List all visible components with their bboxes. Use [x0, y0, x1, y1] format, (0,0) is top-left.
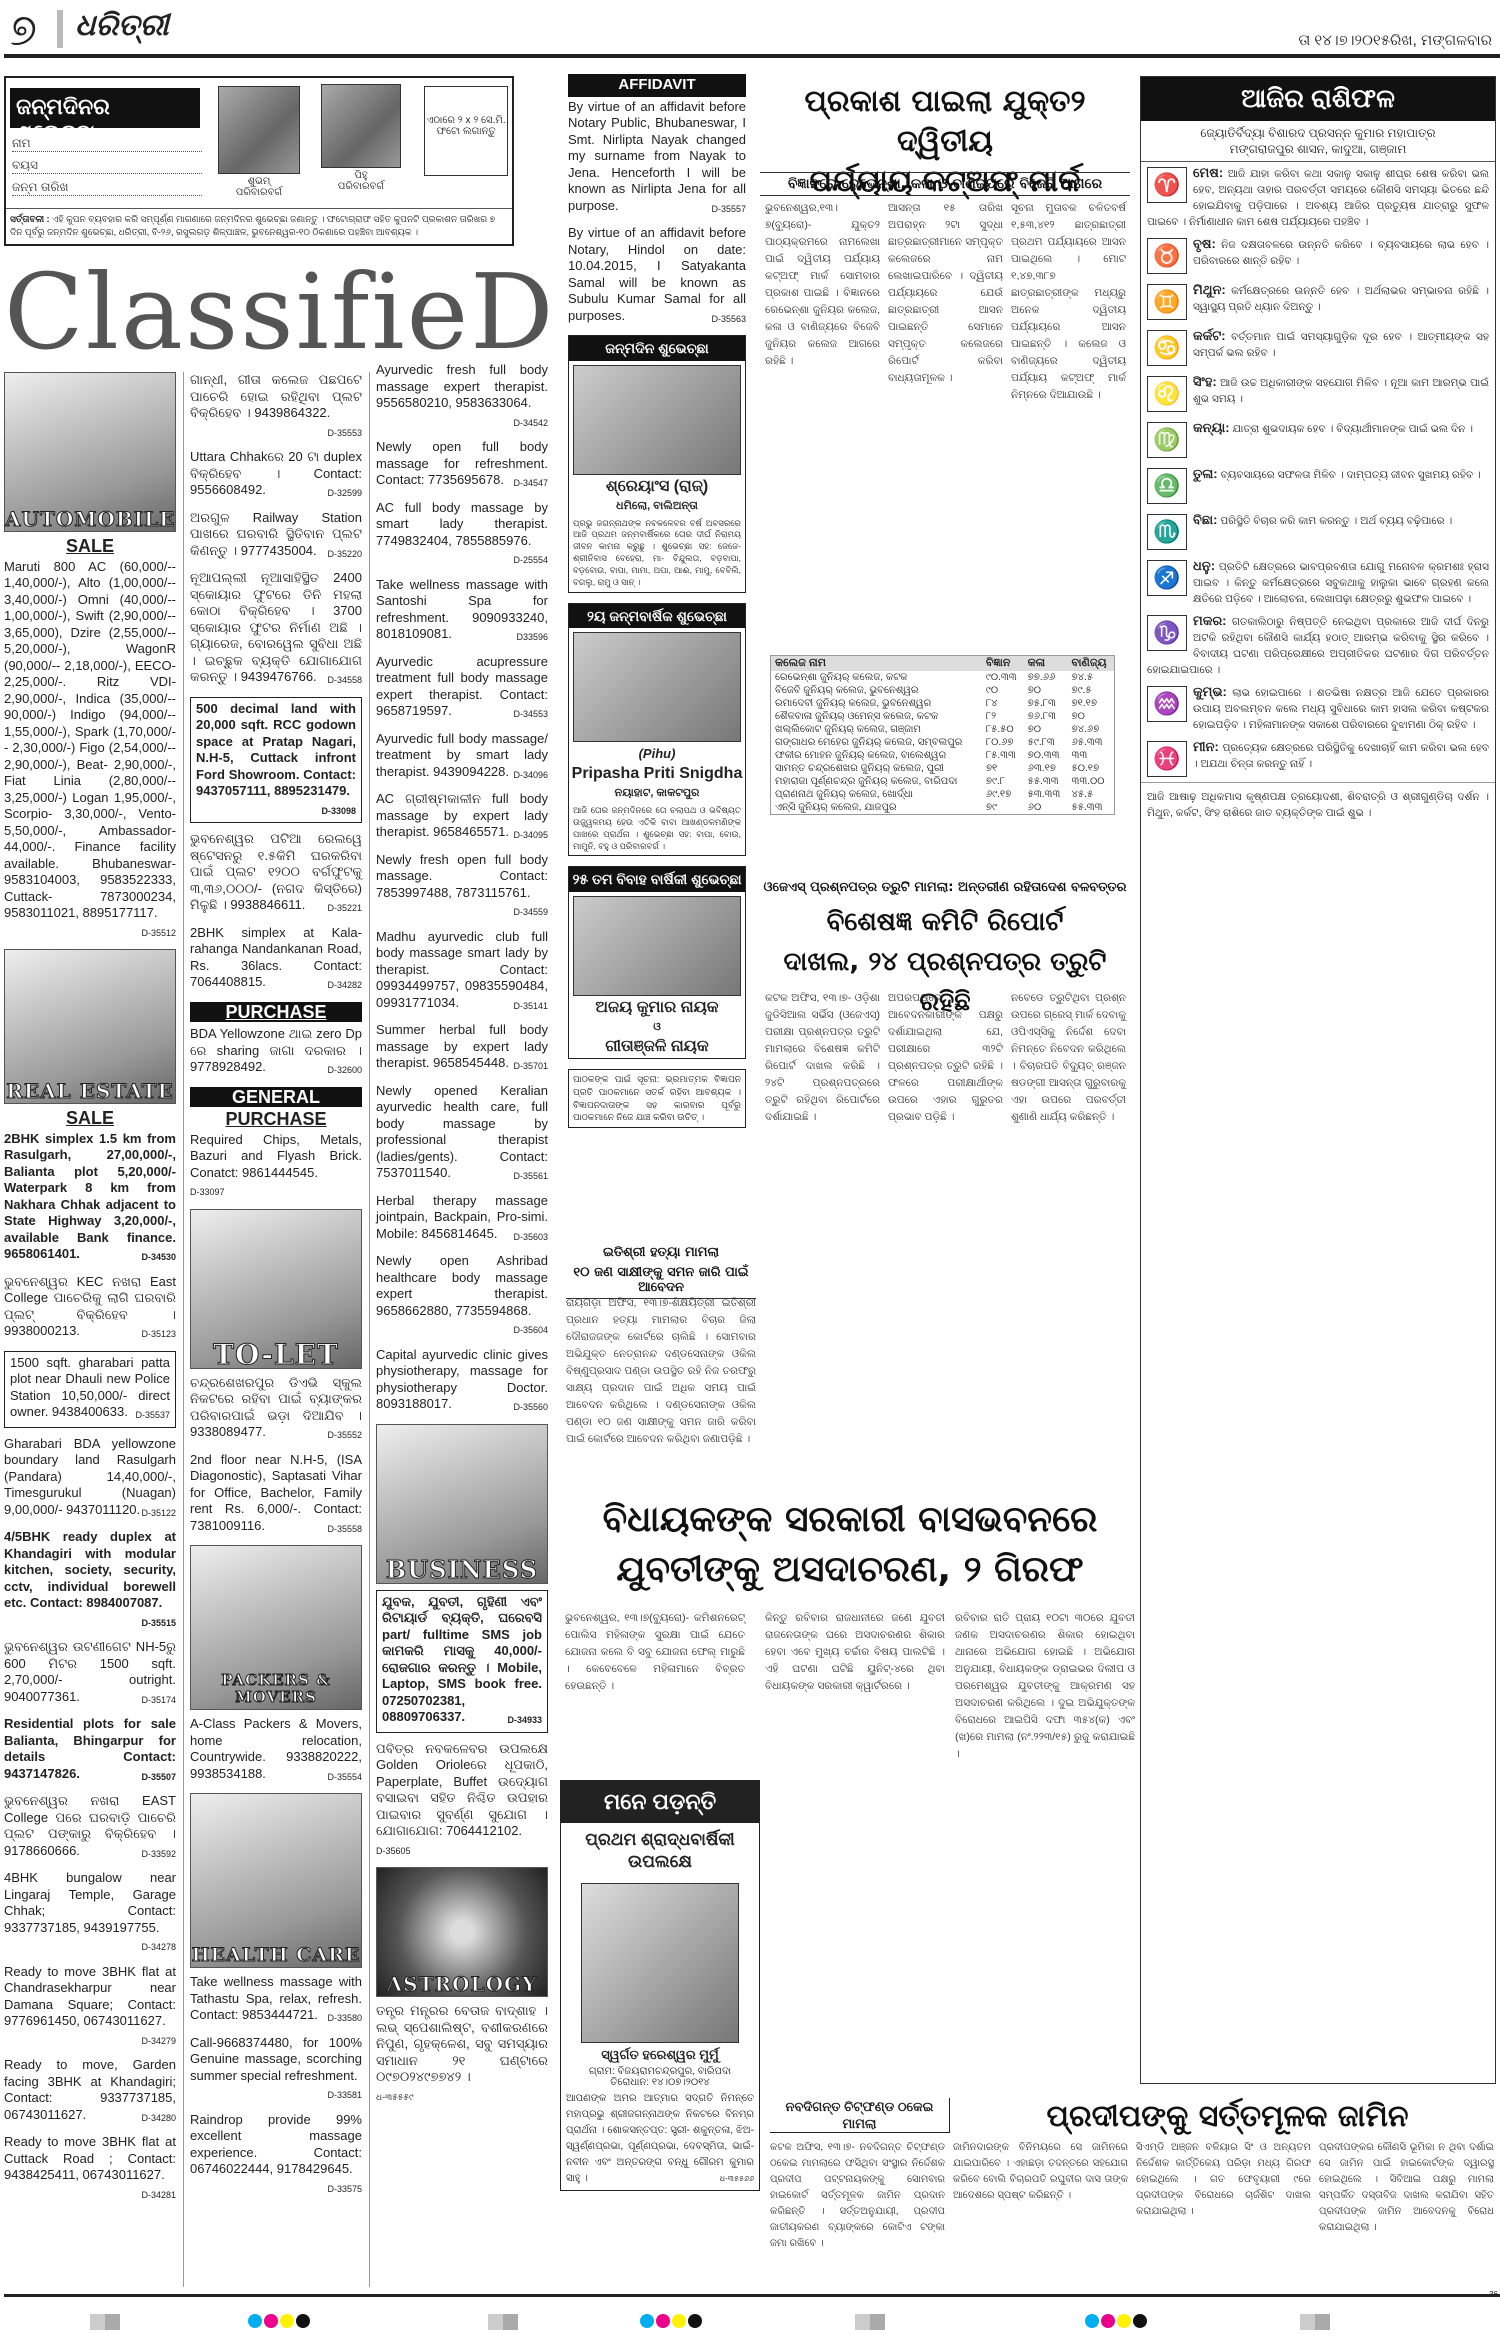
name-field[interactable]: ନାମ — [12, 136, 202, 152]
ad-code: D-35603 — [513, 1229, 548, 1246]
ad-code: D-34096 — [513, 767, 548, 784]
coupon-title: ଜନ୍ମଦିନର ଶୁଭେଚ୍ଛା — [10, 88, 200, 128]
classified-ad: By virtue of an affidavit before Notary,… — [568, 225, 746, 327]
ad-code: D-35141 — [513, 998, 548, 1015]
classified-ad: ଅରଗୁଳ Railway Station ପାଖରେ ଘରବାରି ସ୍ଥିତ… — [190, 510, 362, 563]
ad-code: D-35561 — [513, 1168, 548, 1185]
ad-code: D-35563 — [711, 311, 746, 328]
ad-code: D-33581 — [327, 2087, 362, 2104]
ad-code: D-35701 — [513, 1058, 548, 1075]
lead-article-col1: ଭୁବନେଶ୍ୱର,୧୩।୭(ବ୍ୟୁରୋ)- ଯୁକ୍ତ୨ ପାଠ୍ୟକ୍ରମ… — [765, 200, 880, 370]
ojs-kicker: ଓଜେଏସ୍ ପ୍ରଶ୍ନପତ୍ର ତ୍ରୁଟି ମାମଲା: ଅନ୍ତରୀଣ … — [760, 880, 1130, 895]
column-divider — [369, 372, 370, 2287]
pradip-article-col2: ଜାମିନଦାରଙ୍କ ବିନିମୟରେ ସେ ଜାମିନରେ ଯାଇପାରିବ… — [953, 2140, 1128, 2204]
horoscope-sign: ♊ମିଥୁନ: କର୍ମକ୍ଷେତ୍ରରେ ଉନ୍ନତି ହେବ । ଅର୍ଥଲ… — [1141, 279, 1495, 325]
column-automobile-realestate: AUTOMOBILE SALE Maruti 800 AC (60,000/--… — [4, 372, 176, 2211]
child-photo — [573, 632, 741, 742]
photo-caption-1: ଶୁଭମ୍ପରିବାରବର୍ଗ — [214, 176, 304, 198]
horoscope-sign: ♎ତୁଳା: ବ୍ୟବସାୟରେ ସଫଳତା ମିଳିବ । ଦାମ୍ପତ୍ୟ … — [1141, 463, 1495, 509]
real-estate-ads: 2BHK simplex 1.5 km from Rasulgarh, 27,0… — [4, 1131, 176, 2204]
automobile-label: AUTOMOBILE — [5, 511, 175, 528]
photo-caption-2: ପିହୁପରିବାରବର୍ଗ — [316, 170, 406, 192]
classified-ad: ତନ୍ତ୍ର ମନ୍ତ୍ରର ବେତାଜ ବାଦ୍‌ଶାହ । ଲଭ୍ ସ୍ପେ… — [376, 2003, 548, 2105]
ad-code: D-35221 — [327, 900, 362, 917]
ad-code: D-34559 — [513, 904, 548, 921]
horoscope-title: ଆଜିର ରାଶିଫଳ — [1141, 77, 1495, 121]
lion-icon: ♌ — [1147, 376, 1187, 412]
packers-movers-image: PACKERS & MOVERS — [190, 1545, 362, 1710]
classified-ad: Newly open full body massage for refresh… — [376, 439, 548, 492]
ad-code: D-35515 — [141, 1615, 176, 1632]
to-let-image: TO-LET — [190, 1209, 362, 1369]
automobile-image: AUTOMOBILE — [4, 372, 176, 532]
table-header: କଲେଜ ନାମ — [771, 656, 982, 671]
classified-ad: Maruti 800 AC (60,000/-- 1,40,000/-), Al… — [4, 559, 176, 942]
ad-code: D-35220 — [327, 546, 362, 563]
ad-code: D-34095 — [513, 827, 548, 844]
ad-code: D-34278 — [141, 1939, 176, 1956]
general-purchase-heading: PURCHASE — [190, 1111, 362, 1128]
classified-ad: ଯୁବକ, ଯୁବତୀ, ଗୃହିଣୀ ଏବଂ ରିଟାୟାର୍ଡ ବ୍ୟକ୍ତ… — [376, 1590, 548, 1733]
classified-ad: Ayurvedic full body massage/ treatment b… — [376, 731, 548, 784]
dob-field[interactable]: ଜନ୍ମ ତାରିଖ — [12, 180, 202, 196]
horoscope-author: ଜ୍ୟୋତିର୍ବିଦ୍ୟା ବିଶାରଦ ପ୍ରସନ୍ନ କୁମାର ମହାପ… — [1141, 121, 1495, 162]
table-row: ପ୍ରାଣନାଥ ଜୁନିୟର୍ କଲେଜ, ଖୋର୍ଦ୍ଧା୬୯.୧୭୫୩.୩… — [771, 788, 1114, 801]
reader-notice: ପାଠକଙ୍କ ପାଇଁ ସୂଚନା: ଭ୍ରମାତ୍ମକ ବିଜ୍ଞାପନ ପ… — [568, 1069, 746, 1127]
classified-ad: Herbal therapy massage jointpain, Backpa… — [376, 1193, 548, 1246]
ram-icon: ♈ — [1147, 167, 1187, 203]
business-image: BUSINESS — [376, 1424, 548, 1584]
goat-icon: ♑ — [1147, 615, 1187, 651]
ad-code: D-33575 — [327, 2181, 362, 2198]
photo-placeholder: ଏଠାରେ ୨ x ୨ ସେ.ମି. ଫଟୋ ଲଗାନ୍ତୁ — [424, 86, 508, 176]
mla-article-col3: ରବିବାର ରାତି ପ୍ରାୟ ୧୦ଟା ୩୦ରେ ଯୁବତୀ ଜଣକ ଅସ… — [955, 1610, 1135, 1763]
affidavit-heading: AFFIDAVIT — [568, 74, 746, 97]
horoscope-sign: ♈ମେଷ: ଆଜି ଯାହା କରିବା କଥା ସକାଳୁ ସକାଳୁ ଶୀଘ… — [1141, 162, 1495, 233]
ad-code: D-34530 — [141, 1249, 176, 1266]
age-field[interactable]: ବୟସ — [12, 158, 202, 174]
table-row: ରେଭେନ୍‌ଶା ଜୁନିୟର୍ କଲେଜ, କଟକ୯୦.୩୩୭୭.୬୬୭୪.… — [771, 671, 1114, 684]
ad-code: D-35558 — [327, 1521, 362, 1538]
navadiganta-kicker: ନବଦିଗନ୍ତ ଚିଟ୍‌ଫଣ୍ଡ ଠକେଇ ମାମଲା — [770, 2098, 950, 2133]
ad-code: D-35122 — [141, 1505, 176, 1522]
pradip-article-col1: କଟକ ଅଫିସ, ୧୩।୭- ନବଦିଗନ୍ତ ଚିଟ୍‌ଫଣ୍ଡ ଠକେଇ … — [770, 2140, 945, 2252]
table-header: ବିଜ୍ଞାନ — [982, 656, 1024, 671]
table-row: ଶୈଳବାଳା ଜୁନିୟର୍ ଓମେନ୍ସ କଲେଜ, କଟକ୮୨୭୬.୮୩୭… — [771, 710, 1114, 723]
ad-code: D-35604 — [513, 1322, 548, 1339]
itishree-article: ରାୟଗଡ଼ା ଅଫିସ, ୧୩।୭-ଶିକ୍ଷୟିତ୍ରୀ ଇତିଶ୍ରୀ ପ… — [566, 1295, 756, 1448]
crab-icon: ♋ — [1147, 330, 1187, 366]
classified-ad: ଗାନ୍ଧୀ, ଗୀତା କଲେଜ ପଛପଟେ ପାଚେରି ହୋଇ ରହିଥି… — [190, 372, 362, 441]
table-row: ଫକୀର ମୋହନ ଜୁନିୟର୍ କଲେଜ, ବାଲେଶ୍ୱର୮୫.୩୩୭୦.… — [771, 749, 1114, 762]
ojs-article-col1: କଟକ ଅଫିସ, ୧୩।୭- ଓଡ଼ିଶା ଜୁଡିସିଆଲ ସର୍ଭିସ (… — [765, 990, 880, 1126]
ad-code: D-33098 — [321, 803, 356, 820]
mla-article-col1: ଭୁବନେଶ୍ୱର, ୧୩।୭(ବ୍ୟୁରୋ)- କମିଶନରେଟ୍ ପୋଲିସ… — [565, 1610, 745, 1695]
ad-code: D-34279 — [141, 2033, 176, 2050]
classified-ad: 1500 sqft. gharabari patta plot near Dha… — [4, 1351, 176, 1428]
classified-ad: BDA Yellowzone ଥାଇ zero Dp ରେ sharing ଜା… — [190, 1026, 362, 1079]
sale-heading-2: SALE — [4, 1110, 176, 1127]
page-code: 36 — [1489, 2290, 1498, 2299]
classified-ad: 2BHK simplex 1.5 km from Rasulgarh, 27,0… — [4, 1131, 176, 1266]
coupon-conditions: ସର୍ତ୍ତାବଳୀ : ଏହି କୁପନ ବ୍ୟବହାର କରି ସମ୍ପୂର… — [6, 208, 512, 242]
ad-code: D-33592 — [141, 1846, 176, 1863]
registration-gray-mark — [1300, 2314, 1330, 2330]
classified-ad: AC full body massage by smart lady thera… — [376, 500, 548, 569]
registration-gray-mark — [90, 2314, 120, 2330]
ad-code: D-35560 — [513, 1399, 548, 1416]
classified-ad: Summer herbal full body massage by exper… — [376, 1022, 548, 1075]
classified-ad: Take wellness massage with Tathastu Spa,… — [190, 1974, 362, 2027]
horoscope-sign: ♏ବିଛା: ପରିସ୍ଥିତି ବିଚାର କରି କାମ କରନ୍ତୁ । … — [1141, 509, 1495, 555]
pradip-article-col4: ପ୍ରଦୀପଙ୍କର କୌଣସି ଭୂମିକା ନ ଥିବା ଦର୍ଶାଇ ସେ… — [1319, 2140, 1494, 2236]
ad-code: D-25554 — [513, 552, 548, 569]
pradip-headline: ପ୍ରଦୀପଙ୍କୁ ସର୍ତ୍ତମୂଳକ ଜାମିନ — [955, 2098, 1500, 2136]
itishree-kicker: ଇତିଶ୍ରୀ ହତ୍ୟା ମାମଲା — [566, 1245, 756, 1260]
cmyk-registration-mark — [248, 2314, 310, 2328]
lead-subhead: ବିଜ୍ଞାନରେ ରେଭେନ୍‌ଶା, କଳା ଓ ବାଣିଜ୍ୟରେ ବିଜ… — [760, 172, 1130, 196]
child-photo-2 — [321, 84, 401, 168]
itishree-headline: ୧୦ ଜଣ ସାକ୍ଷୀଙ୍କୁ ସମନ ଜାରି ପାଇଁ ଆବେଦନ — [566, 1265, 756, 1299]
table-header: ବାଣିଜ୍ୟ — [1068, 656, 1114, 671]
ad-code: D-34547 — [513, 475, 548, 492]
classified-ad: Raindrop provide 99% excellent massage e… — [190, 2112, 362, 2198]
classified-ad: Capital ayurvedic clinic gives physiothe… — [376, 1347, 548, 1416]
classified-ad: Newly opened Keralian ayurvedic health c… — [376, 1083, 548, 1185]
classified-ad: 2BHK simplex at Kala-rahanga Nandankanan… — [190, 925, 362, 994]
astrology-image: ASTROLOGY — [376, 1867, 548, 1997]
ojs-article-col2: ଅପରପକ୍ଷରେ ଆବେଦନକାରୀଙ୍କ ପକ୍ଷରୁ ଦର୍ଶାଯାଇଥି… — [888, 990, 1003, 1126]
mla-headline: ବିଧାୟକଙ୍କ ସରକାରୀ ବାସଭବନରେ ଯୁବତୀଙ୍କୁ ଅସଦା… — [565, 1495, 1135, 1595]
horoscope-panel: ଆଜିର ରାଶିଫଳ ଜ୍ୟୋତିର୍ବିଦ୍ୟା ବିଶାରଦ ପ୍ରସନ୍… — [1140, 76, 1496, 2084]
obituary-heading: ମନେ ପଡ଼ନ୍ତି — [561, 1781, 759, 1823]
column-affidavit-wishes: AFFIDAVIT By virtue of an affidavit befo… — [568, 74, 746, 1128]
column-massage-business: Ayurvedic fresh full body massage expert… — [376, 362, 548, 2113]
sale-heading: SALE — [4, 538, 176, 555]
ad-code: D-33580 — [327, 2010, 362, 2027]
real-estate-image: REAL ESTATE — [4, 949, 176, 1104]
classified-ad: Newly fresh open full body massage. Cont… — [376, 852, 548, 921]
water-bearer-icon: ♒ — [1147, 686, 1187, 722]
classified-ad: Call-9668374480, for 100% Genuine massag… — [190, 2035, 362, 2104]
obituary-photo — [581, 1883, 739, 2043]
column-property-tolet: ଗାନ୍ଧୀ, ଗୀତା କଲେଜ ପଛପଟେ ପାଚେରି ହୋଇ ରହିଥି… — [190, 372, 362, 2205]
fish-icon: ♓ — [1147, 741, 1187, 777]
ad-code: D33596 — [516, 629, 548, 646]
classified-ad: Madhu ayurvedic club full body massage s… — [376, 929, 548, 1015]
classified-ad: Take wellness massage with Santoshi Spa … — [376, 577, 548, 646]
classified-ad: ନୂଆପଲ୍ଲୀ ନୂଆସାହିସ୍ଥିତ 2400 ସ୍କୋୟାର ଫୁଟରେ… — [190, 570, 362, 689]
classified-ad: Residential plots for sale Balianta, Bhi… — [4, 1716, 176, 1785]
table-row: ଗଙ୍ଗାଧର ମେହେର ଜୁନିୟର୍ କଲେଜ, ସମ୍ବଲପୁର୮୦.୬… — [771, 736, 1114, 749]
classified-ad: Required Chips, Metals, Bazuri and Flyas… — [190, 1132, 362, 1201]
pradip-article-col3: ସିଏମ୍‌ଡି ଅଞ୍ଜନ ବଳିୟାର ସିଂ ଓ ଅନ୍ୟତମ ନିର୍ଦ… — [1136, 2140, 1311, 2220]
table-row: ବିଜେବି ଜୁନିୟର୍ କଲେଜ, ଭୁବନେଶ୍ୱର୯୦୭୦୭୯.୫ — [771, 684, 1114, 697]
scales-icon: ♎ — [1147, 468, 1187, 504]
classified-ad: Gharabari BDA yellowzone boundary land R… — [4, 1436, 176, 1522]
ad-code: D-34542 — [513, 415, 548, 432]
child-photo — [573, 365, 741, 475]
table-row: ସାମନ୍ତ ଚନ୍ଦ୍ରଶେଖର ଜୁନିୟର୍ କଲେଜ, ପୁରୀ୭୧୬୩… — [771, 762, 1114, 775]
classified-ad: 4/5BHK ready duplex at Khandagiri with m… — [4, 1529, 176, 1631]
classified-ad: Ready to move 3BHK flat at Chandrasekhar… — [4, 1964, 176, 2050]
general-heading: GENERAL — [190, 1087, 362, 1108]
classified-ad: A-Class Packers & Movers, home relocatio… — [190, 1716, 362, 1785]
bottom-rule — [4, 2294, 1500, 2297]
ojs-article-col3: ନବେଡେ ତ୍ରୁଟିଥିବା ପ୍ରଶ୍ନ ଉପରେ ଗ୍ରେସ୍ ମାର୍… — [1011, 990, 1126, 1126]
masthead: ୭ ଧରିତ୍ରୀ ତା ୧୪।୭।୨୦୧୫ରିଖ, ମଙ୍ଗଳବାର — [0, 0, 1500, 60]
table-header: କଳା — [1024, 656, 1068, 671]
classified-ad: Uttara Chhakରେ 20 ଟା duplex ବିକ୍ରିହେବ । … — [190, 449, 362, 502]
ad-code: D-34553 — [513, 706, 548, 723]
maiden-icon: ♍ — [1147, 422, 1187, 458]
horoscope-sign: ♓ମୀନ: ପ୍ରତ୍ୟେକ କ୍ଷେତ୍ରରେ ପରିସ୍ଥିତିକୁ ଦେଖ… — [1141, 736, 1495, 782]
horoscope-sign: ♑ମକର: ଗତକାଲିଠାରୁ ନିଷ୍ପତ୍ତି ନେଇଥିବା ପ୍ରକା… — [1141, 610, 1495, 681]
ad-code: D-35123 — [141, 1326, 176, 1343]
classified-banner: ClassifieD — [4, 252, 534, 372]
horoscope-sign: ♌ସିଂହ: ଆଜି ଉଚ୍ଚ ଅଧିକାରୀଙ୍କ ସହଯୋଗ ମିଳିବ ।… — [1141, 371, 1495, 417]
classified-ad: By virtue of an affidavit before Notary … — [568, 99, 746, 218]
classified-ad: ଭୁବନେଶ୍ୱର ନଖରା EAST College ପରେ ଘରବାଡ଼ି … — [4, 1793, 176, 1862]
ad-code: D-34558 — [327, 672, 362, 689]
issue-date: ତା ୧୪।୭।୨୦୧୫ରିଖ, ମଙ୍ଗଳବାର — [1298, 32, 1492, 49]
birthday-coupon: ଜନ୍ମଦିନର ଶୁଭେଚ୍ଛା ନାମ ବୟସ ଜନ୍ମ ତାରିଖ ଶୁଭ… — [4, 76, 514, 246]
cutoff-marks-table: କଲେଜ ନାମବିଜ୍ଞାନକଳାବାଣିଜ୍ୟ ରେଭେନ୍‌ଶା ଜୁନି… — [770, 655, 1115, 815]
classified-ad: 2nd floor near N.H-5, (ISA Diagonostic),… — [190, 1452, 362, 1538]
archer-icon: ♐ — [1147, 560, 1187, 596]
classified-ad: 500 decimal land with 20,000 sqft. RCC g… — [190, 697, 362, 824]
masthead-divider — [57, 10, 63, 48]
child-photo-1 — [218, 86, 300, 174]
horoscope-sign: ♐ଧନୁ: ପ୍ରତିଟି କ୍ଷେତ୍ରରେ ଭାବପ୍ରବଣତା ଯୋଗୁ … — [1141, 555, 1495, 610]
column-divider — [183, 372, 184, 2287]
ad-code: D-35552 — [327, 1427, 362, 1444]
classified-ad: ଭୁବନେଶ୍ୱର ପଟିଆ ରେଲୱେ ଷ୍ଟେସନରୁ ୧.୫କିମି ଘର… — [190, 831, 362, 917]
anniversary-wish: ୨୫ ତମ ବିବାହ ବାର୍ଷିକୀ ଶୁଭେଚ୍ଛା ଅଜୟ କୁମାର … — [568, 866, 746, 1059]
ad-code: D-35507 — [141, 1769, 176, 1786]
classified-ad: 4BHK bungalow near Lingaraj Temple, Gara… — [4, 1870, 176, 1956]
bull-icon: ♉ — [1147, 238, 1187, 274]
classified-ad: ପବିତ୍ର ନବକଳେବର ଉପଲକ୍ଷେ Golden Orioleରେ ଧ… — [376, 1741, 548, 1860]
horoscope-sign: ♋କର୍କଟ: ବର୍ତ୍ତମାନ ପାଇଁ ସମସ୍ୟାଗୁଡ଼ିକ ଦୂର … — [1141, 325, 1495, 371]
classified-ad: AC ଗ୍ରୀଷ୍ମକାଳୀନ full body massage by exp… — [376, 791, 548, 844]
cmyk-registration-mark — [640, 2314, 702, 2328]
birthday-wish-1: ଜନ୍ମଦିନ ଶୁଭେଚ୍ଛା ଶ୍ରେୟାଂସ (ରାଜ୍) ଧମିଲୋ, … — [568, 335, 746, 593]
classified-ad: ଭୁବନେଶ୍ୱର ଉଟଣୀଗେଟ NH-5ରୁ 600 ମିଟର 1500 s… — [4, 1639, 176, 1708]
classified-ad: Ready to move 3BHK flat at Cuttack Road … — [4, 2134, 176, 2203]
ad-code: D-35557 — [711, 201, 746, 218]
classified-ad: ଚନ୍ଦ୍ରଶେଖରପୁର ଡିଏଭି ସ୍କୁଲ ନିକଟରେ ରହିବା ପ… — [190, 1375, 362, 1444]
ad-code: D-35174 — [141, 1692, 176, 1709]
scorpion-icon: ♏ — [1147, 514, 1187, 550]
lead-article-col3: ସୂଚନା ମୁତାବକ ଚଳିତବର୍ଷ ୧,୫୩,୪୧୨ ଛାତ୍ରଛାତ୍… — [1011, 200, 1126, 404]
ad-code: D-34282 — [327, 977, 362, 994]
horoscope-sign: ♒କୁମ୍ଭ: ଲାଭ ହୋଇପାରେ । ଶତଭିଷା ନକ୍ଷତ୍ର ଆଜି… — [1141, 681, 1495, 736]
mla-article-col2: କିନ୍ତୁ ରବିବାର ରାଜଧାନୀରେ ଜଣେ ଯୁବତୀ ରାଜନେତ… — [765, 1610, 945, 1695]
ad-code: D-35537 — [135, 1407, 170, 1424]
classified-ad: Ayurvedic fresh full body massage expert… — [376, 362, 548, 431]
page-number: ୭ — [10, 5, 37, 56]
horoscope-sign: ♉ବୃଷ: ନିଜ ଦକ୍ଷତାବଳରେ ଉନ୍ନତି କରିବେ । ବ୍ୟବ… — [1141, 233, 1495, 279]
obituary: ମନେ ପଡ଼ନ୍ତି ପ୍ରଥମ ଶ୍ରାଦ୍ଧବାର୍ଷିକୀ ଉପଲକ୍ଷ… — [560, 1780, 760, 2191]
classified-ad: Ready to move, Garden facing 3BHK at Kha… — [4, 2057, 176, 2126]
horoscope-sign: ♍କନ୍ୟା: ଯାତ୍ରା ଶୁଭଦାୟକ ହେବ । ବିଦ୍ୟାର୍ଥୀମ… — [1141, 417, 1495, 463]
classified-ad: Newly open Ashribad healthcare body mass… — [376, 1253, 548, 1339]
registration-gray-mark — [488, 2314, 518, 2330]
lead-article-col2: ଆସନ୍ତା ୧୫ ତାରିଖ ଅପରାହ୍ନ ୨ଟା ସୁଦ୍ଧା ଛାତ୍ର… — [888, 200, 1003, 387]
classified-ad: Ayurvedic acupressure treatment full bod… — [376, 654, 548, 723]
table-row: ଖଲ୍ଲିକୋଟ ଜୁନିୟର୍ କଲେଜ, ଗଞ୍ଜାମ୮୫.୫୦୭୦୭୪.୬… — [771, 723, 1114, 736]
classified-ad: ଭୁବନେଶ୍ୱର KEC ନଖରା East College ପାଚେରିକୁ… — [4, 1274, 176, 1343]
ad-code: D-34280 — [141, 2110, 176, 2127]
birthday-wish-2: ୨ୟ ଜନ୍ମବାର୍ଷିକ ଶୁଭେଚ୍ଛା (Pihu) Pripasha … — [568, 603, 746, 857]
registration-gray-mark — [855, 2314, 885, 2330]
ad-code: D-34281 — [141, 2187, 176, 2204]
horoscope-footer: ଆଜି ଆଷାଢ଼ ଅଧିକମାସ କୃଷ୍ଣପକ୍ଷ ତ୍ରୟୋଦଶୀ, ଶି… — [1141, 782, 1495, 827]
cmyk-registration-mark — [1085, 2314, 1147, 2328]
newspaper-logo: ଧରିତ୍ରୀ — [75, 8, 169, 43]
ad-code: D-32599 — [327, 485, 362, 502]
table-row: ମହାରାଜା ପୂର୍ଣ୍ଣଚନ୍ଦ୍ର ଜୁନିୟର୍ କଲେଜ, ବାରି… — [771, 775, 1114, 788]
couple-photo — [573, 896, 741, 996]
top-rule — [4, 54, 1500, 58]
twins-icon: ♊ — [1147, 284, 1187, 320]
purchase-heading: PURCHASE — [190, 1002, 362, 1023]
table-row: ରମାଦେବୀ ଜୁନିୟର୍ କଲେଜ, ଭୁବନେଶ୍ୱର୮୪୭୫.୮୩୭୧… — [771, 697, 1114, 710]
table-row: ଏନ୍‌ସି ଜୁନିୟର୍ କଲେଜ, ଯାଜପୁର୭୯୬୦୫୫.୩୩ — [771, 801, 1114, 814]
ad-code: D-35553 — [327, 425, 362, 442]
health-care-image: HEALTH CARE — [190, 1793, 362, 1968]
